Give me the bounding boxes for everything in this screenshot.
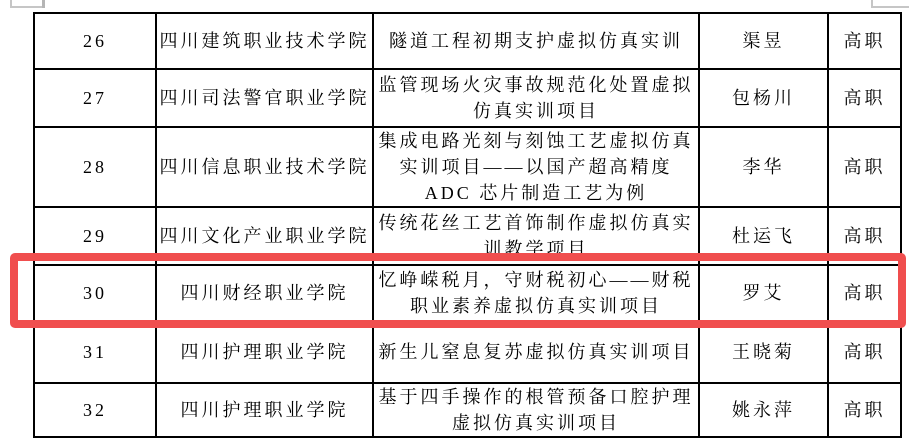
cell-number: 30: [34, 265, 156, 321]
table-row: 27四川司法警官职业学院监管现场火灾事故规范化处置虚拟仿真实训项目包杨川高职: [34, 69, 901, 127]
cell-number: 26: [34, 13, 156, 69]
table-row: 26四川建筑职业技术学院隧道工程初期支护虚拟仿真实训渠昱高职: [34, 13, 901, 69]
cell-project: 传统花丝工艺首饰制作虚拟仿真实训教学项目: [373, 207, 699, 265]
cropped-gridline-artifact: [871, 6, 909, 8]
cell-project: 隧道工程初期支护虚拟仿真实训: [373, 13, 699, 69]
cell-person: 姚永萍: [699, 383, 828, 437]
cell-level: 高职: [828, 321, 901, 383]
table-row: 28四川信息职业技术学院集成电路光刻与刻蚀工艺虚拟仿真实训项目——以国产超高精度…: [34, 127, 901, 207]
cell-project: 集成电路光刻与刻蚀工艺虚拟仿真实训项目——以国产超高精度 ADC 芯片制造工艺为…: [373, 127, 699, 207]
cell-project: 新生儿窒息复苏虚拟仿真实训项目: [373, 321, 699, 383]
table-row-highlighted: 30四川财经职业学院忆峥嵘税月，守财税初心——财税职业素养虚拟仿真实训项目罗艾高…: [34, 265, 901, 321]
cell-number: 31: [34, 321, 156, 383]
cell-number: 28: [34, 127, 156, 207]
cell-level: 高职: [828, 69, 901, 127]
cropped-gridline-artifact: [10, 6, 45, 8]
cell-person: 包杨川: [699, 69, 828, 127]
cell-level: 高职: [828, 383, 901, 437]
cell-project: 基于四手操作的根管预备口腔护理虚拟仿真实训项目: [373, 383, 699, 437]
cell-person: 王晓菊: [699, 321, 828, 383]
cell-project: 忆峥嵘税月，守财税初心——财税职业素养虚拟仿真实训项目: [373, 265, 699, 321]
cell-school: 四川护理职业学院: [156, 321, 373, 383]
cell-level: 高职: [828, 207, 901, 265]
cell-number: 32: [34, 383, 156, 437]
cell-school: 四川司法警官职业学院: [156, 69, 373, 127]
cell-person: 罗艾: [699, 265, 828, 321]
cropped-gridline-artifact: [42, 0, 45, 8]
cell-person: 杜运飞: [699, 207, 828, 265]
table-row: 31四川护理职业学院新生儿窒息复苏虚拟仿真实训项目王晓菊高职: [34, 321, 901, 383]
cell-person: 李华: [699, 127, 828, 207]
cell-person: 渠昱: [699, 13, 828, 69]
cell-school: 四川文化产业职业学院: [156, 207, 373, 265]
document-page: 26四川建筑职业技术学院隧道工程初期支护虚拟仿真实训渠昱高职27四川司法警官职业…: [0, 0, 909, 438]
cell-school: 四川信息职业技术学院: [156, 127, 373, 207]
cell-level: 高职: [828, 13, 901, 69]
cell-level: 高职: [828, 265, 901, 321]
table-body: 26四川建筑职业技术学院隧道工程初期支护虚拟仿真实训渠昱高职27四川司法警官职业…: [34, 13, 901, 437]
project-list-table: 26四川建筑职业技术学院隧道工程初期支护虚拟仿真实训渠昱高职27四川司法警官职业…: [33, 12, 902, 438]
cell-level: 高职: [828, 127, 901, 207]
cell-number: 29: [34, 207, 156, 265]
cell-school: 四川财经职业学院: [156, 265, 373, 321]
cell-school: 四川护理职业学院: [156, 383, 373, 437]
cell-school: 四川建筑职业技术学院: [156, 13, 373, 69]
table-row: 32四川护理职业学院基于四手操作的根管预备口腔护理虚拟仿真实训项目姚永萍高职: [34, 383, 901, 437]
cell-project: 监管现场火灾事故规范化处置虚拟仿真实训项目: [373, 69, 699, 127]
cell-number: 27: [34, 69, 156, 127]
table-row: 29四川文化产业职业学院传统花丝工艺首饰制作虚拟仿真实训教学项目杜运飞高职: [34, 207, 901, 265]
